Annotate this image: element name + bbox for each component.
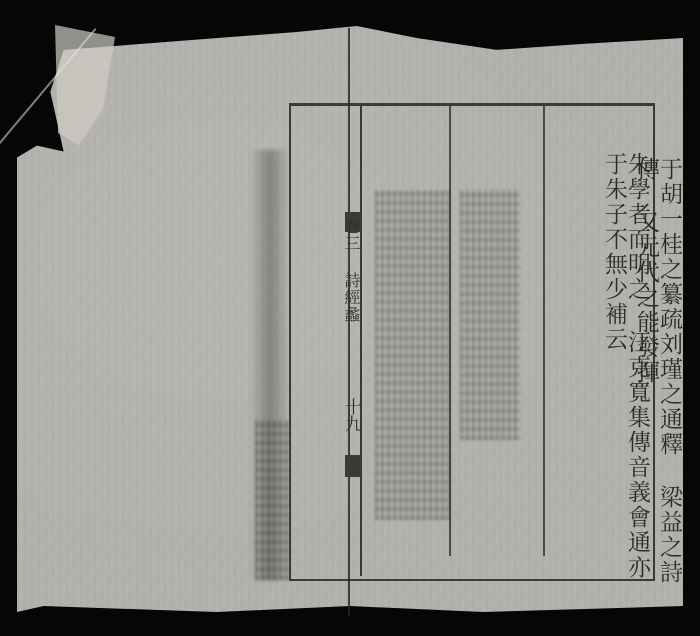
fishtail-mark-bottom — [345, 455, 361, 477]
page-number: 十九 — [344, 398, 364, 432]
column-rule — [543, 106, 545, 556]
banxin-title: 卷三 詩經蠡 — [343, 218, 363, 323]
text-column-2: 朱學者而明之 汪克寬集傳音義會通亦于朱子不無少補云 — [602, 152, 648, 582]
column-rule — [360, 106, 362, 576]
show-through-ink — [375, 190, 450, 520]
show-through-ink — [460, 190, 520, 440]
show-through-ink — [255, 420, 290, 580]
